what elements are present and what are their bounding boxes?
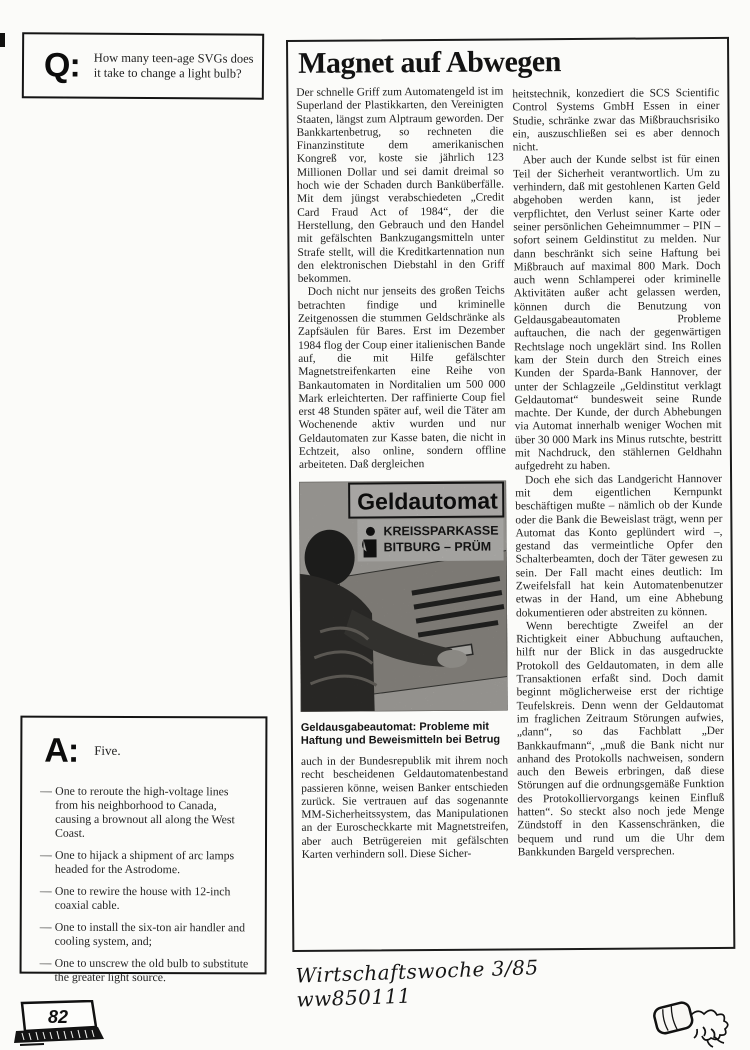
atm-photo: Geldautomat KREISSPARKASSE BITBURG – PRÜ… xyxy=(299,480,508,749)
article-paragraph: Doch nicht nur jenseits des großen Teich… xyxy=(298,285,506,473)
article-column-2: heitstechnik, konzediert die SCS Scienti… xyxy=(512,84,724,861)
a-label: A: xyxy=(44,734,78,768)
atm-photo-illustration: Geldautomat KREISSPARKASSE BITBURG – PRÜ… xyxy=(299,480,508,711)
list-item-text: One to rewire the house with 12-inch coa… xyxy=(55,884,251,913)
dash-bullet: — xyxy=(40,920,55,948)
list-item-text: One to unscrew the old bulb to substitut… xyxy=(55,956,251,985)
list-item-text: One to hijack a shipment of arc lamps he… xyxy=(55,848,251,877)
scan-edge-artifact xyxy=(0,33,5,47)
article-paragraph: Wenn berechtigte Zweifel an der Richtigk… xyxy=(516,619,725,860)
list-item: — One to hijack a shipment of arc lamps … xyxy=(40,848,251,877)
article-paragraph: auch in der Bundesrepublik mit ihrem noc… xyxy=(301,754,509,862)
article-columns: Der schnelle Griff zum Automatengeld ist… xyxy=(296,84,724,862)
article-frame: Magnet auf Abwegen Der schnelle Griff zu… xyxy=(286,37,735,952)
list-item: — One to install the six-ton air handler… xyxy=(40,920,251,949)
article-paragraph: Doch ehe sich das Landgericht Hannover m… xyxy=(515,473,723,621)
q-label: Q: xyxy=(44,48,80,82)
page-number: 82 xyxy=(48,1007,68,1027)
answer-text: Five. xyxy=(94,743,120,759)
photo-caption: Geldausgabeautomat: Probleme mit Haftung… xyxy=(301,720,508,748)
answer-header: A: Five. xyxy=(40,734,251,769)
article-title: Magnet auf Abwegen xyxy=(298,45,719,80)
handwritten-source-note: Wirtschaftswoche 3/85 ww850111 xyxy=(295,952,616,1011)
article-column-1: Der schnelle Griff zum Automatengeld ist… xyxy=(296,85,508,862)
answer-list: — One to reroute the high-voltage lines … xyxy=(40,784,252,985)
dash-bullet: — xyxy=(40,956,55,984)
article-paragraph: heitstechnik, konzediert die SCS Scienti… xyxy=(512,87,719,155)
dash-bullet: — xyxy=(40,848,55,876)
article-paragraph: Der schnelle Griff zum Automatengeld ist… xyxy=(296,85,504,286)
corner-doodle-icon xyxy=(645,997,740,1049)
question-text: How many teen-age SVGs does it take to c… xyxy=(94,50,254,82)
computer-82-icon: 82 xyxy=(14,1000,108,1046)
list-item-text: One to install the six-ton air handler a… xyxy=(55,920,251,949)
answer-box: A: Five. — One to reroute the high-volta… xyxy=(20,716,268,975)
scanned-magazine-page: Q: How many teen-age SVGs does it take t… xyxy=(0,0,750,1050)
list-item: — One to unscrew the old bulb to substit… xyxy=(40,956,251,985)
list-item: — One to reroute the high-voltage lines … xyxy=(40,784,251,841)
dash-bullet: — xyxy=(40,784,55,840)
article-paragraph: Aber auch der Kunde selbst ist für einen… xyxy=(513,153,722,474)
list-item-text: One to reroute the high-voltage lines fr… xyxy=(55,784,251,841)
list-item: — One to rewire the house with 12-inch c… xyxy=(40,884,251,913)
question-box: Q: How many teen-age SVGs does it take t… xyxy=(22,32,264,99)
dash-bullet: — xyxy=(40,884,55,912)
